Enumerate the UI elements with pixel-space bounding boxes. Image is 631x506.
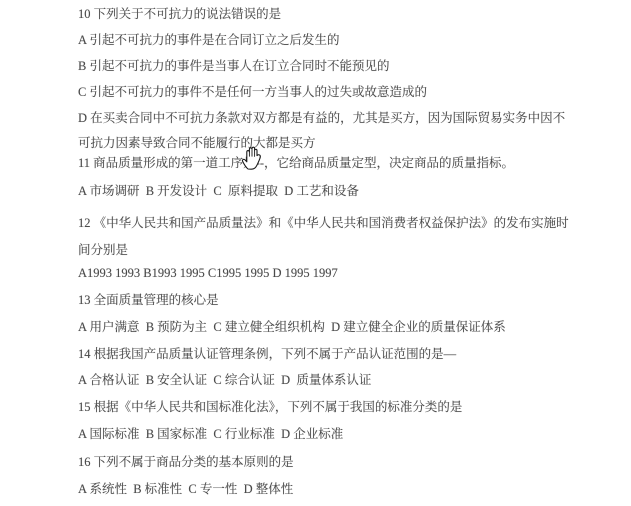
question-10-text: 10 下列关于不可抗力的说法错误的是 xyxy=(78,7,598,22)
question-14-text: 14 根据我国产品质量认证管理条例，下列不属于产品认证范围的是— xyxy=(78,347,598,362)
question-12-text-wrap: 间分别是 xyxy=(78,243,598,258)
q10-option-d-wrap: 可抗力因素导致合同不能履行的大都是买方 xyxy=(78,136,598,151)
q12-options: A1993 1993 B1993 1995 C1995 1995 D 1995 … xyxy=(78,266,598,281)
q10-option-a: A 引起不可抗力的事件是在合同订立之后发生的 xyxy=(78,33,598,48)
question-16-text: 16 下列不属于商品分类的基本原则的是 xyxy=(78,455,598,470)
question-11-text: 11 商品质量形成的第一道工序是--，它给商品质量定型，决定商品的质量指标。 xyxy=(78,156,598,171)
q16-options: A 系统性 B 标准性 C 专一性 D 整体性 xyxy=(78,482,598,497)
q11-options: A 市场调研 B 开发设计 C 原料提取 D 工艺和设备 xyxy=(78,184,598,199)
question-12-text: 12 《中华人民共和国产品质量法》和《中华人民共和国消费者权益保护法》的发布实施… xyxy=(78,216,598,231)
question-13-text: 13 全面质量管理的核心是 xyxy=(78,293,598,308)
q10-option-b: B 引起不可抗力的事件是当事人在订立合同时不能预见的 xyxy=(78,59,598,74)
question-15-text: 15 根据《中华人民共和国标准化法》，下列不属于我国的标准分类的是 xyxy=(78,400,598,415)
q10-option-d: D 在买卖合同中不可抗力条款对双方都是有益的，尤其是买方，因为国际贸易实务中因不 xyxy=(78,111,598,126)
q15-options: A 国际标准 B 国家标准 C 行业标准 D 企业标准 xyxy=(78,427,598,442)
q14-options: A 合格认证 B 安全认证 C 综合认证 D 质量体系认证 xyxy=(78,373,598,388)
q13-options: A 用户满意 B 预防为主 C 建立健全组织机构 D 建立健全企业的质量保证体系 xyxy=(78,320,598,335)
q10-option-c: C 引起不可抗力的事件不是任何一方当事人的过失或故意造成的 xyxy=(78,85,598,100)
document-page-surface[interactable]: 10 下列关于不可抗力的说法错误的是 A 引起不可抗力的事件是在合同订立之后发生… xyxy=(0,0,631,506)
